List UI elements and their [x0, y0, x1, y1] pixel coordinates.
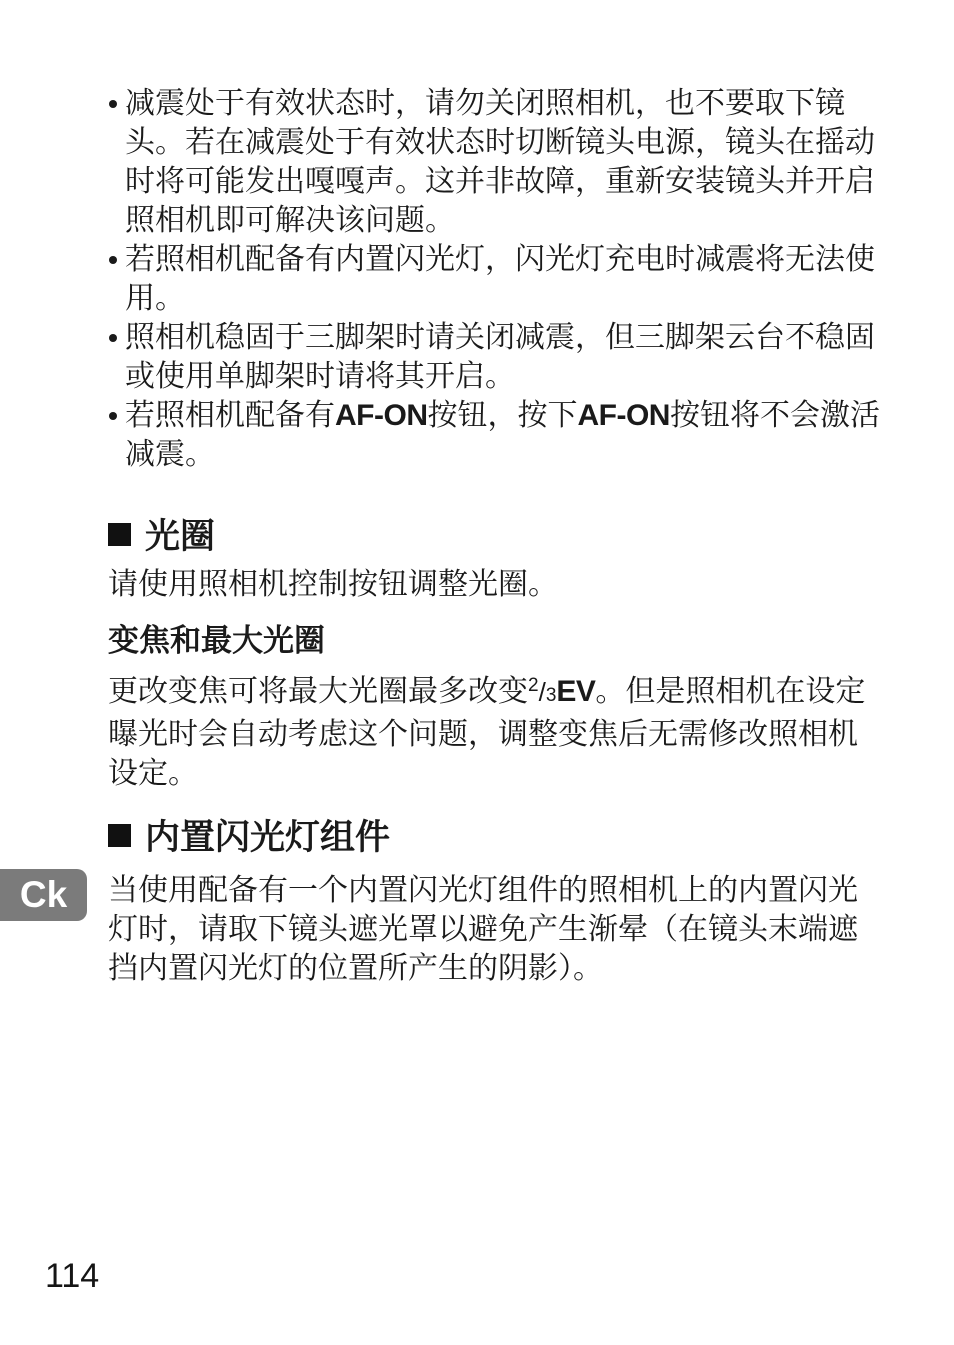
paragraph-builtin-flash: 当使用配备有一个内置闪光灯组件的照相机上的内置闪光 灯时，请取下镜头遮光罩以避免…	[108, 871, 878, 988]
text-segment: 。但是照相机在设定	[595, 675, 865, 708]
text-line: 或使用单脚架时请将其开启。	[125, 357, 878, 396]
af-on-button-label: AF-ON	[577, 399, 669, 432]
text-line: 若照相机配备有AF-ON按钮，按下AF-ON按钮将不会激活	[125, 396, 878, 435]
bullet-icon	[109, 412, 117, 420]
page-content: 减震处于有效状态时，请勿关闭照相机，也不要取下镜 头。若在减震处于有效状态时切断…	[108, 0, 878, 988]
text-line: 时将可能发出嘎嘎声。这并非故障，重新安装镜头并开启	[125, 162, 878, 201]
text-line: 减震。	[125, 435, 878, 474]
text-line: 灯时，请取下镜头遮光罩以避免产生渐晕（在镜头末端遮	[108, 910, 878, 949]
text-line: 照相机即可解决该问题。	[125, 201, 878, 240]
bullet-icon	[109, 334, 117, 342]
fraction-slash: /	[539, 677, 546, 707]
text-line: 当使用配备有一个内置闪光灯组件的照相机上的内置闪光	[108, 871, 878, 910]
text-line: 照相机稳固于三脚架时请关闭减震，但三脚架云台不稳固	[125, 318, 878, 357]
bullet-icon	[109, 100, 117, 108]
page-number: 114	[45, 1257, 99, 1295]
text-segment: 按钮，按下	[427, 399, 577, 432]
language-tab-label: Ck	[20, 874, 67, 916]
paragraph-zoom-aperture: 更改变焦可将最大光圈最多改变2/3EV。但是照相机在设定 曝光时会自动考虑这个问…	[108, 666, 878, 793]
text-line: 若照相机配备有内置闪光灯，闪光灯充电时减震将无法使	[125, 240, 878, 279]
text-line: 头。若在减震处于有效状态时切断镜头电源，镜头在摇动	[125, 123, 878, 162]
text-line: 挡内置闪光灯的位置所产生的阴影）。	[108, 949, 878, 988]
section-heading-aperture: 光圈	[108, 512, 878, 556]
bullet-icon	[109, 256, 117, 264]
section-heading-builtin-flash: 内置闪光灯组件	[108, 813, 878, 857]
text-line: 设定。	[108, 754, 878, 793]
text-line: 曝光时会自动考虑这个问题，调整变焦后无需修改照相机	[108, 715, 878, 754]
text-line: 更改变焦可将最大光圈最多改变2/3EV。但是照相机在设定	[108, 666, 878, 715]
ev-label: EV	[556, 675, 595, 708]
subsection-title-zoom-aperture: 变焦和最大光圈	[108, 620, 878, 662]
section-title: 光圈	[145, 509, 215, 559]
section-marker-icon	[108, 824, 131, 847]
fraction-numerator: 2	[528, 675, 539, 696]
paragraph-aperture: 请使用照相机控制按钮调整光圈。	[108, 565, 878, 604]
language-tab-ck: Ck	[0, 869, 87, 921]
list-item: 若照相机配备有内置闪光灯，闪光灯充电时减震将无法使 用。	[108, 240, 878, 318]
notes-list: 减震处于有效状态时，请勿关闭照相机，也不要取下镜 头。若在减震处于有效状态时切断…	[108, 84, 878, 474]
list-item: 照相机稳固于三脚架时请关闭减震，但三脚架云台不稳固 或使用单脚架时请将其开启。	[108, 318, 878, 396]
af-on-button-label: AF-ON	[335, 399, 427, 432]
text-line: 用。	[125, 279, 878, 318]
text-segment: 若照相机配备有	[125, 399, 335, 432]
list-item: 减震处于有效状态时，请勿关闭照相机，也不要取下镜 头。若在减震处于有效状态时切断…	[108, 84, 878, 240]
section-title: 内置闪光灯组件	[145, 810, 390, 860]
section-marker-icon	[108, 523, 131, 546]
text-line: 请使用照相机控制按钮调整光圈。	[108, 565, 878, 604]
text-segment: 更改变焦可将最大光圈最多改变	[108, 675, 528, 708]
text-line: 减震处于有效状态时，请勿关闭照相机，也不要取下镜	[125, 84, 878, 123]
fraction-denominator: 3	[546, 685, 557, 706]
text-segment: 按钮将不会激活	[670, 399, 880, 432]
list-item: 若照相机配备有AF-ON按钮，按下AF-ON按钮将不会激活 减震。	[108, 396, 878, 474]
